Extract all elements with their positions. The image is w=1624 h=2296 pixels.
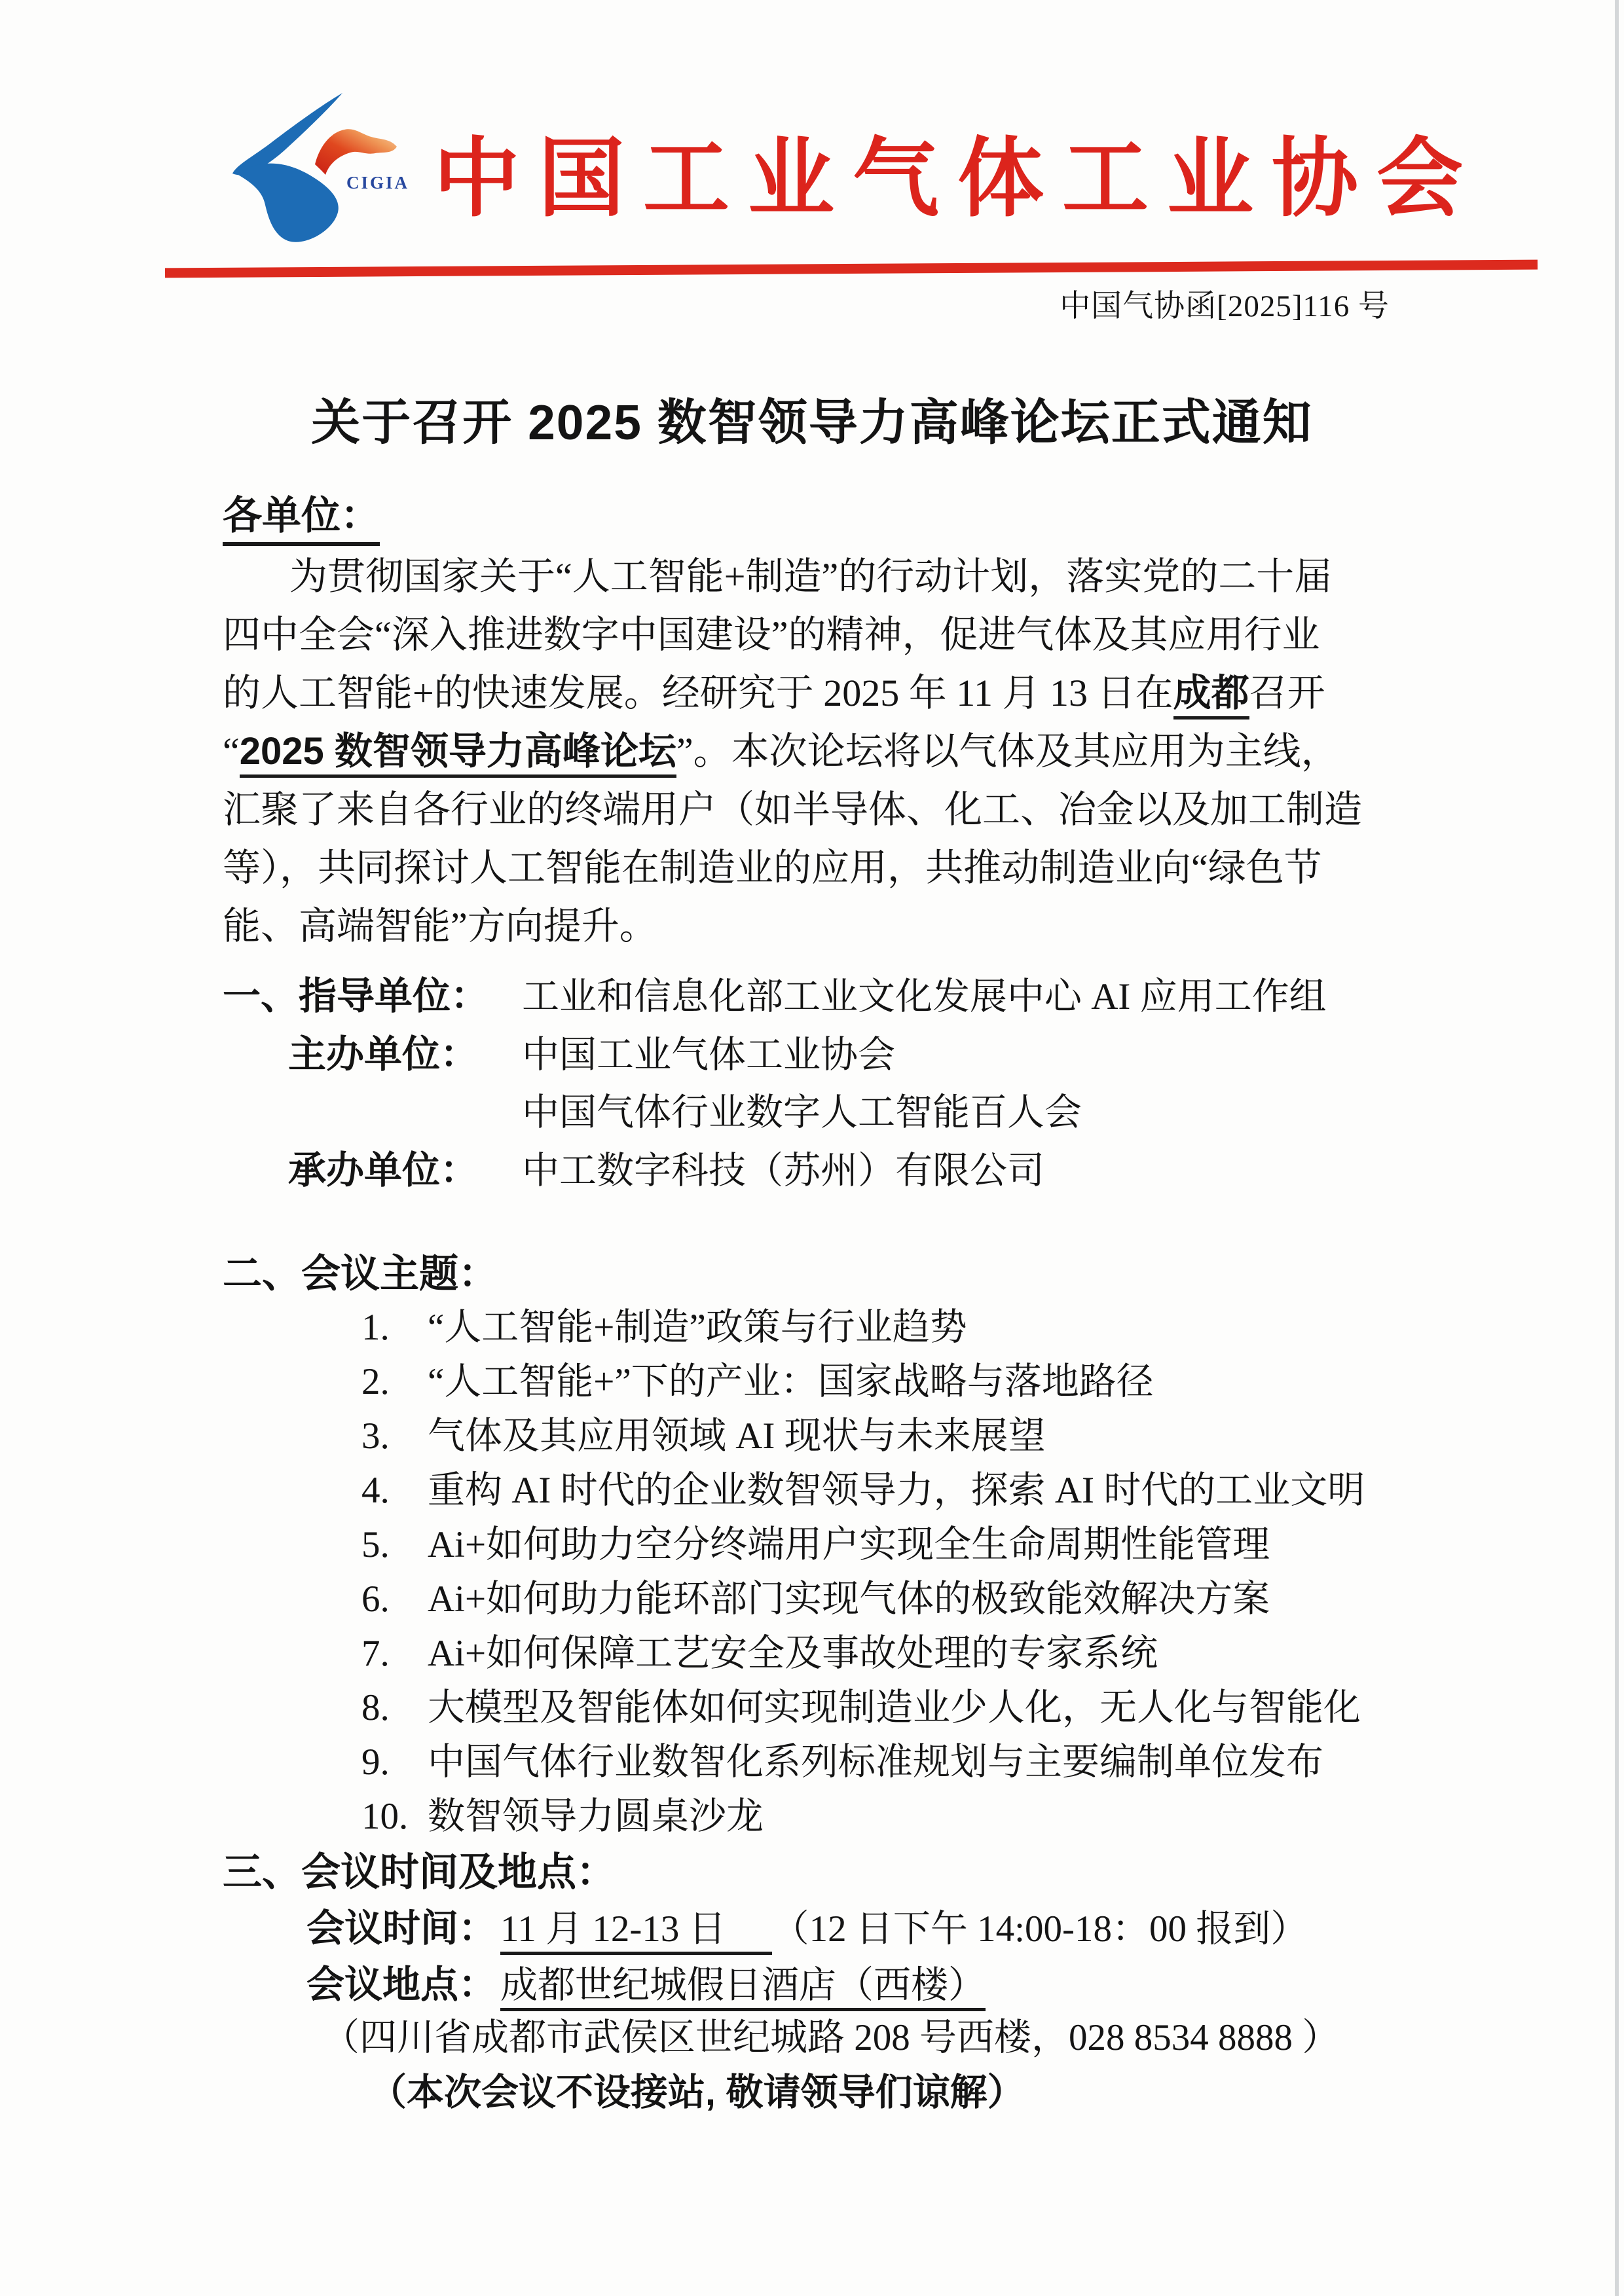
- organizer-unit-row: 承办单位：中工数字科技（苏州）有限公司: [223, 1142, 1327, 1200]
- intro-text: 等），共同探讨人工智能在制造业的应用，共推动制造业向“绿色节: [223, 847, 1322, 889]
- topic-item: 9.中国气体行业数智化系列标准规划与主要编制单位发布: [223, 1735, 1365, 1789]
- host-unit-value: 中国工业气体工业协会: [522, 1034, 895, 1076]
- host-unit-label: 主办单位：: [288, 1026, 522, 1084]
- intro-line: 等），共同探讨人工智能在制造业的应用，共推动制造业向“绿色节: [223, 839, 1362, 897]
- host-unit-value-2: 中国气体行业数字人工智能百人会: [522, 1092, 1082, 1133]
- topic-text: 数智领导力圆桌沙龙: [428, 1796, 764, 1837]
- topics-list: 1.“人工智能+制造”政策与行业趋势 2.“人工智能+”下的产业：国家战略与落地…: [223, 1300, 1365, 1844]
- intro-line: “2025 数智领导力高峰论坛”。本次论坛将以气体及其应用为主线，: [223, 722, 1362, 780]
- meeting-venue-row: 会议地点：成都世纪城假日酒店（西楼）: [306, 1954, 986, 2009]
- no-pickup-note: （本次会议不设接站, 敬请领导们谅解）: [369, 2062, 1025, 2116]
- topic-number: 1.: [361, 1300, 428, 1355]
- intro-text: 汇聚了来自各行业的终端用户（如半导体、化工、冶金以及加工制造: [223, 788, 1362, 831]
- intro-paragraph: 为贯彻国家关于“人工智能+制造”的行动计划，落实党的二十届 四中全会“深入推进数…: [223, 547, 1362, 955]
- topic-number: 9.: [361, 1735, 428, 1789]
- notice-title: 关于召开 2025 数智领导力高峰论坛正式通知: [0, 384, 1624, 454]
- org-name: 中国工业气体工业协会: [434, 109, 1481, 233]
- salutation: 各单位：: [223, 484, 380, 546]
- topic-item: 1.“人工智能+制造”政策与行业趋势: [223, 1300, 1365, 1355]
- organizer-unit-label: 承办单位：: [288, 1142, 522, 1199]
- intro-text: 四中全会“深入推进数字中国建设”的精神，促进气体及其应用行业: [223, 613, 1320, 656]
- topic-number: 6.: [361, 1572, 428, 1626]
- intro-line: 为贯彻国家关于“人工智能+制造”的行动计划，落实党的二十届: [223, 547, 1362, 606]
- topic-number: 3.: [361, 1409, 428, 1463]
- section-time-venue-heading: 三、会议时间及地点：: [223, 1841, 616, 1897]
- scanned-notice-page: CIGIA 中国工业气体工业协会 中国气协函[2025]116 号 关于召开 2…: [0, 0, 1624, 2296]
- intro-line: 的人工智能+的快速发展。经研究于 2025 年 11 月 13 日在成都召开: [223, 664, 1362, 722]
- intro-text: 的人工智能+的快速发展。经研究于 2025 年 11 月 13 日在: [223, 672, 1173, 714]
- topic-item: 3.气体及其应用领域 AI 现状与未来展望: [223, 1409, 1365, 1463]
- organizer-unit-value: 中工数字科技（苏州）有限公司: [522, 1150, 1044, 1192]
- topic-text: Ai+如何保障工艺安全及事故处理的专家系统: [428, 1633, 1158, 1674]
- section-organizers: 一、指导单位：工业和信息化部工业文化发展中心 AI 应用工作组 主办单位：中国工…: [223, 968, 1327, 1200]
- topic-text: 气体及其应用领域 AI 现状与未来展望: [428, 1415, 1046, 1457]
- topic-text: “人工智能+制造”政策与行业趋势: [428, 1307, 967, 1348]
- forum-name-emphasis: 2025 数智领导力高峰论坛: [240, 730, 676, 778]
- host-unit-row-2: 中国气体行业数字人工智能百人会: [223, 1084, 1327, 1142]
- meeting-venue-label: 会议地点：: [306, 1963, 496, 2006]
- topic-number: 4.: [361, 1463, 428, 1518]
- topic-number: 7.: [361, 1626, 428, 1681]
- meeting-time-label: 会议时间：: [306, 1907, 496, 1950]
- logo-flame: [315, 129, 397, 175]
- intro-text: 能、高端智能”方向提升。: [223, 905, 657, 947]
- meeting-time-value: 11 月 12-13 日: [500, 1908, 772, 1955]
- intro-line: 汇聚了来自各行业的终端用户（如半导体、化工、冶金以及加工制造: [223, 780, 1362, 839]
- topic-number: 2.: [361, 1355, 428, 1409]
- logo-acronym: CIGIA: [346, 173, 409, 192]
- intro-text: 为贯彻国家关于“人工智能+制造”的行动计划，落实党的二十届: [289, 555, 1332, 598]
- guiding-unit-label: 一、指导单位：: [223, 968, 522, 1025]
- topic-item: 8.大模型及智能体如何实现制造业少人化，无人化与智能化: [223, 1681, 1365, 1735]
- topic-item: 4.重构 AI 时代的企业数智领导力，探索 AI 时代的工业文明: [223, 1463, 1365, 1518]
- topic-text: 大模型及智能体如何实现制造业少人化，无人化与智能化: [428, 1687, 1361, 1728]
- intro-text: ”。本次论坛将以气体及其应用为主线，: [676, 730, 1339, 773]
- scan-edge-artifact: [1615, 0, 1619, 2296]
- cigia-logo: CIGIA: [229, 90, 415, 244]
- topic-item: 10.数智领导力圆桌沙龙: [223, 1789, 1365, 1844]
- intro-line: 能、高端智能”方向提升。: [223, 897, 1362, 955]
- meeting-time-note: （12 日下午 14:00-18：00 报到）: [772, 1908, 1308, 1950]
- topic-item: 6.Ai+如何助力能环部门实现气体的极致能效解决方案: [223, 1572, 1365, 1626]
- logo-blue-lobe: [237, 164, 339, 242]
- section-topics-heading: 二、会议主题：: [223, 1243, 498, 1299]
- guiding-unit-row: 一、指导单位：工业和信息化部工业文化发展中心 AI 应用工作组: [223, 968, 1327, 1026]
- meeting-venue-value: 成都世纪城假日酒店（西楼）: [500, 1965, 986, 2011]
- topic-number: 10.: [361, 1789, 428, 1844]
- topic-item: 7.Ai+如何保障工艺安全及事故处理的专家系统: [223, 1626, 1365, 1681]
- document-number: 中国气协函[2025]116 号: [1060, 282, 1390, 325]
- topic-number: 5.: [361, 1518, 428, 1572]
- topic-item: 2.“人工智能+”下的产业：国家战略与落地路径: [223, 1355, 1365, 1409]
- header-divider-rule: [165, 260, 1538, 278]
- intro-text: 召开: [1249, 672, 1325, 714]
- topic-text: “人工智能+”下的产业：国家战略与落地路径: [428, 1361, 1154, 1402]
- topic-text: Ai+如何助力能环部门实现气体的极致能效解决方案: [428, 1578, 1270, 1620]
- host-unit-row: 主办单位：中国工业气体工业协会: [223, 1026, 1327, 1084]
- topic-number: 8.: [361, 1681, 428, 1735]
- intro-text: “: [223, 730, 240, 773]
- topic-text: Ai+如何助力空分终端用户实现全生命周期性能管理: [428, 1524, 1270, 1565]
- topic-text: 中国气体行业数智化系列标准规划与主要编制单位发布: [428, 1741, 1323, 1783]
- city-emphasis: 成都: [1173, 672, 1249, 720]
- topic-text: 重构 AI 时代的企业数智领导力，探索 AI 时代的工业文明: [428, 1470, 1365, 1511]
- guiding-unit-value: 工业和信息化部工业文化发展中心 AI 应用工作组: [522, 976, 1327, 1017]
- topic-item: 5.Ai+如何助力空分终端用户实现全生命周期性能管理: [223, 1518, 1365, 1572]
- meeting-time-row: 会议时间：11 月 12-13 日（12 日下午 14:00-18：00 报到）: [306, 1897, 1308, 1952]
- intro-line: 四中全会“深入推进数字中国建设”的精神，促进气体及其应用行业: [223, 606, 1362, 664]
- venue-address: （四川省成都市武侯区世纪城路 208 号西楼，028 8534 8888 ）: [322, 2007, 1339, 2061]
